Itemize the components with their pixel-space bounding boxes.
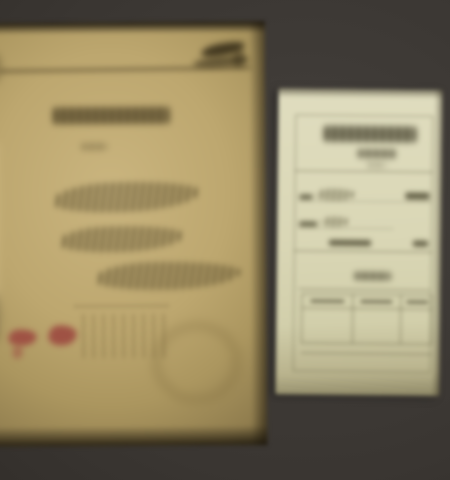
pencil-line — [0, 66, 251, 73]
dotted-rule — [74, 305, 168, 308]
card-top-edge — [279, 88, 443, 99]
left-document-booklet — [0, 21, 267, 447]
booklet-right-edge — [249, 21, 268, 445]
right-document-card — [275, 88, 442, 396]
table-header-cell-mark — [406, 300, 428, 303]
printed-heading — [53, 107, 169, 125]
table-column-divider — [352, 295, 354, 343]
edge-smudge — [0, 53, 1, 83]
handwritten-line-1 — [51, 179, 200, 215]
card-subtitle — [358, 149, 396, 158]
ring-smudge — [140, 311, 253, 414]
table-column-divider — [400, 295, 402, 343]
table-header-cell-mark — [310, 299, 344, 302]
handwritten-line-2 — [58, 224, 185, 254]
heading-submark — [81, 143, 107, 150]
card-subtitle-mark — [368, 163, 386, 167]
table-header-cell-mark — [360, 300, 392, 303]
card-section-heading — [355, 272, 391, 280]
booklet-bottom-edge — [0, 425, 267, 447]
edge-smudge — [0, 293, 1, 343]
handwritten-line-3 — [94, 260, 241, 291]
booklet-top-edge — [0, 21, 265, 35]
photo-blur-layer — [0, 0, 450, 480]
card-title — [324, 126, 416, 143]
photograph — [0, 0, 450, 480]
table-header-rule — [302, 307, 431, 309]
card-table — [301, 293, 433, 344]
ink-scribble-tail — [233, 49, 245, 67]
